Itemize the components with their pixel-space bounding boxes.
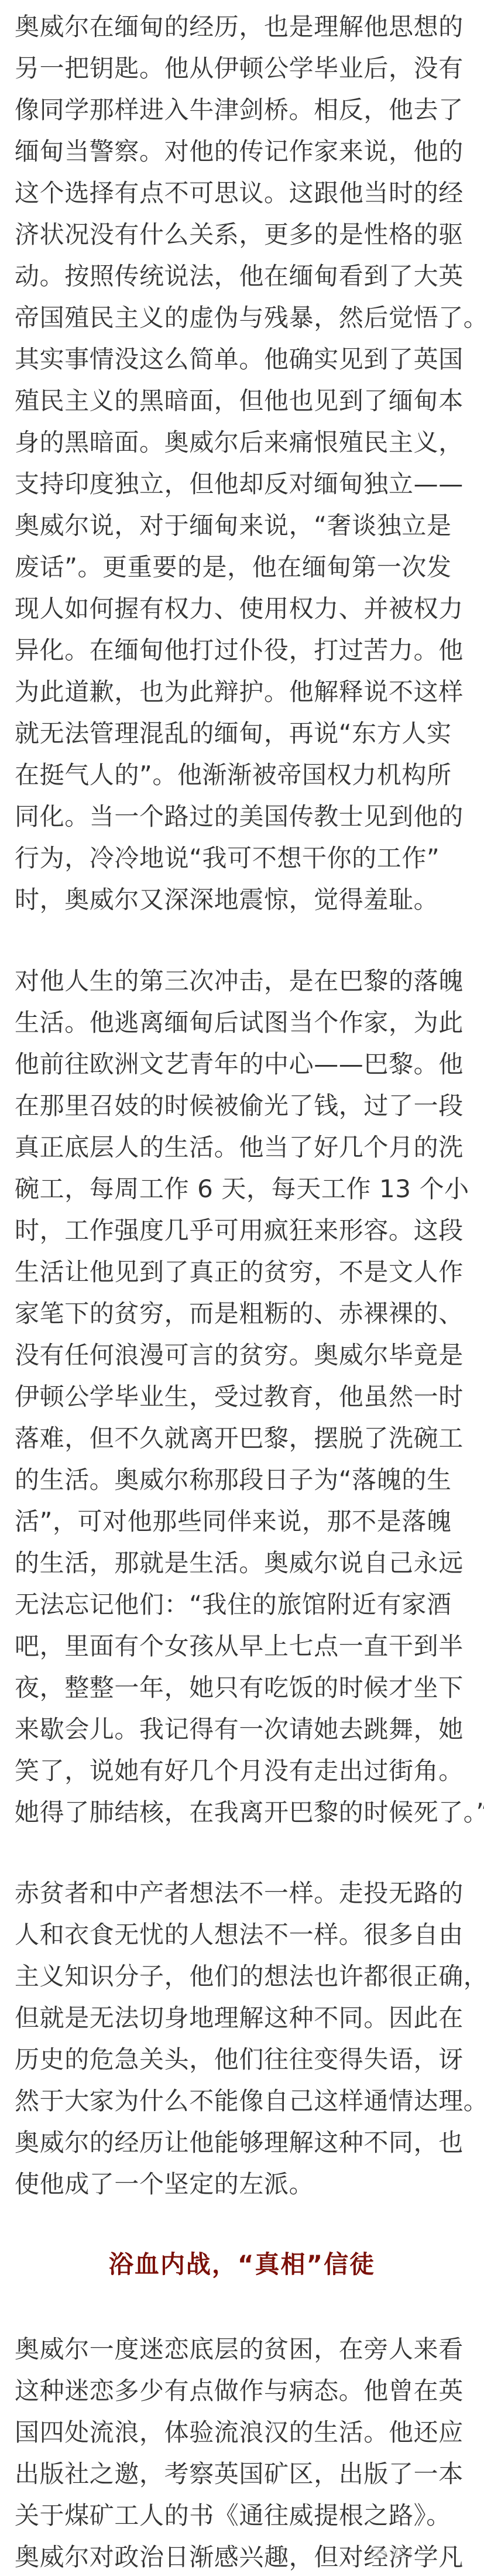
watermark: 初日 — [370, 2544, 413, 2561]
text-line: 奥威尔在缅甸的经历，也是理解他思想的 — [15, 6, 477, 47]
text-line: 赤贫者和中产者想法不一样。走投无路的 — [15, 1872, 477, 1914]
watermark-text: 初日 — [390, 2544, 413, 2561]
text-line: 奥威尔的经历让他能够理解这种不同，也 — [15, 2122, 477, 2163]
text-line: 在挺气人的”。他渐渐被帝国权力机构所 — [15, 754, 477, 796]
text-line: 济状况没有什么关系，更多的是性格的驱 — [15, 214, 477, 255]
text-line: 活”，可对他那些同伴来说，那不是落魄 — [15, 1501, 477, 1542]
text-line: 的生活，那就是生活。奥威尔说自己永远 — [15, 1542, 477, 1584]
text-line: 像同学那样进入牛津剑桥。相反，他去了 — [15, 89, 477, 131]
wechat-icon — [370, 2545, 387, 2560]
text-line: 主义知识分子，他们的想法也许都很正确， — [15, 1955, 477, 1997]
text-line: 他前往欧洲文艺青年的中心——巴黎。他 — [15, 1043, 477, 1085]
text-line: 就无法管理混乱的缅甸，再说“东方人实 — [15, 712, 477, 754]
text-line: 国四处流浪，体验流浪汉的生活。他还应 — [15, 2411, 477, 2453]
text-line: 殖民主义的黑暗面，但他也见到了缅甸本 — [15, 380, 477, 422]
text-line: 这种迷恋多少有点做作与病态。他曾在英 — [15, 2370, 477, 2411]
text-line: 她得了肺结核，在我离开巴黎的时候死了。” — [15, 1791, 477, 1833]
text-line: 对他人生的第三次冲击，是在巴黎的落魄 — [15, 960, 477, 1002]
text-line: 奥威尔一度迷恋底层的贫困，在旁人来看 — [15, 2328, 477, 2370]
paragraph-burma: 奥威尔在缅甸的经历，也是理解他思想的另一把钥匙。他从伊顿公学毕业后，没有像同学那… — [15, 6, 477, 920]
text-line: 伊顿公学毕业生，受过教育，他虽然一时 — [15, 1376, 477, 1417]
text-line: 使他成了一个坚定的左派。 — [15, 2163, 477, 2205]
text-line: 人和衣食无忧的人想法不一样。很多自由 — [15, 1914, 477, 1955]
text-line: 现人如何握有权力、使用权力、并被权力 — [15, 588, 477, 629]
text-line: 同化。当一个路过的美国传教士见到他的 — [15, 796, 477, 837]
text-line: 另一把钥匙。他从伊顿公学毕业后，没有 — [15, 47, 477, 89]
text-line: 然于大家为什么不能像自己这样通情达理。 — [15, 2080, 477, 2122]
text-line: 动。按照传统说法，他在缅甸看到了大英 — [15, 255, 477, 297]
text-line: 关于煤矿工人的书《通往威提根之路》。 — [15, 2495, 477, 2536]
text-line: 历史的危急关头，他们往往变得失语，讶 — [15, 2039, 477, 2080]
text-line: 帝国殖民主义的虚伪与残暴，然后觉悟了。 — [15, 297, 477, 338]
text-line: 来歇会儿。我记得有一次请她去跳舞，她 — [15, 1708, 477, 1750]
text-line: 为此道歉，也为此辩护。他解释说不这样 — [15, 671, 477, 712]
text-line: 落难，但不久就离开巴黎，摆脱了洗碗工 — [15, 1417, 477, 1459]
text-line: 碗工，每周工作 6 天，每天工作 13 个小 — [15, 1168, 477, 1210]
paragraph-paris: 对他人生的第三次冲击，是在巴黎的落魄生活。他逃离缅甸后试图当个作家，为此他前往欧… — [15, 960, 477, 1833]
text-line: 但就是无法切身地理解这种不同。因此在 — [15, 1997, 477, 2039]
text-line: 其实事情没这么简单。他确实见到了英国 — [15, 338, 477, 380]
text-line: 时，奥威尔又深深地震惊，觉得羞耻。 — [15, 879, 477, 920]
text-line: 异化。在缅甸他打过仆役，打过苦力。他 — [15, 629, 477, 671]
text-line: 行为，冷冷地说“我可不想干你的工作” — [15, 837, 477, 879]
text-line: 废话”。更重要的是，他在缅甸第一次发 — [15, 546, 477, 588]
text-line: 身的黑暗面。奥威尔后来痛恨殖民主义， — [15, 422, 477, 463]
section-heading: 浴血内战，“真相”信徒 — [0, 2247, 484, 2282]
text-line: 支持印度独立，但他却反对缅甸独立—— — [15, 463, 477, 505]
text-line: 真正底层人的生活。他当了好几个月的洗 — [15, 1126, 477, 1168]
text-line: 家笔下的贫穷，而是粗粝的、赤裸裸的、 — [15, 1293, 477, 1334]
text-line: 时，工作强度几乎可用疯狂来形容。这段 — [15, 1210, 477, 1251]
text-line: 的生活。奥威尔称那段日子为“落魄的生 — [15, 1459, 477, 1501]
text-line: 夜，整整一年，她只有吃饭的时候才坐下 — [15, 1667, 477, 1708]
text-line: 生活。他逃离缅甸后试图当个作家，为此 — [15, 1002, 477, 1043]
text-line: 这个选择有点不可思议。这跟他当时的经 — [15, 172, 477, 214]
text-line: 奥威尔说，对于缅甸来说，“奢谈独立是 — [15, 505, 477, 546]
text-line: 吧，里面有个女孩从早上七点一直干到半 — [15, 1625, 477, 1667]
text-line: 缅甸当警察。对他的传记作家来说，他的 — [15, 131, 477, 172]
paragraph-fascination-with-poverty: 奥威尔一度迷恋底层的贫困，在旁人来看这种迷恋多少有点做作与病态。他曾在英国四处流… — [15, 2328, 477, 2576]
text-line: 无法忘记他们：“我住的旅馆附近有家酒 — [15, 1584, 477, 1625]
text-line: 在那里召妓的时候被偷光了钱，过了一段 — [15, 1085, 477, 1126]
text-line: 没有任何浪漫可言的贫穷。奥威尔毕竟是 — [15, 1334, 477, 1376]
paragraph-poverty-vs-middle-class: 赤贫者和中产者想法不一样。走投无路的人和衣食无忧的人想法不一样。很多自由主义知识… — [15, 1872, 477, 2205]
text-line: 生活让他见到了真正的贫穷，不是文人作 — [15, 1251, 477, 1293]
text-line: 笑了，说她有好几个月没有走出过街角。 — [15, 1750, 477, 1791]
text-line: 出版社之邀，考察英国矿区，出版了一本 — [15, 2453, 477, 2495]
